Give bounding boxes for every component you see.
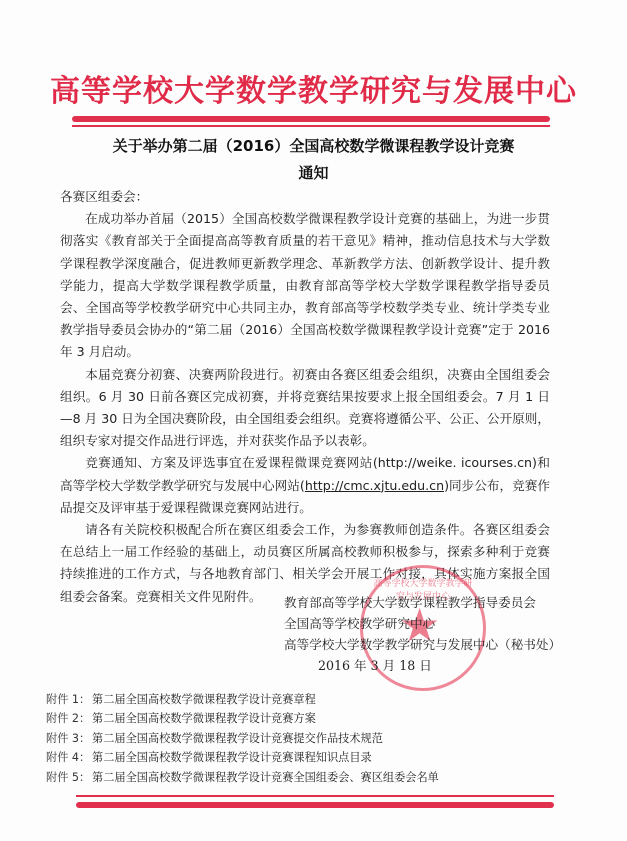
attachment-title: 第二届全国高校数学微课程教学设计竞赛提交作品技术规范	[92, 729, 383, 748]
attachment-title: 第二届全国高校数学微课程教学设计竞赛章程	[92, 690, 316, 709]
notice-subtitle: 通知	[0, 162, 627, 183]
signature-date: 2016 年 3 月 18 日	[284, 655, 561, 676]
signature-org-1: 教育部高等学校大学数学课程教学指导委员会	[284, 592, 561, 613]
salutation: 各赛区组委会：	[60, 186, 550, 208]
signature-org-3: 高等学校大学数学教学研究与发展中心（秘书处）	[284, 634, 561, 655]
notice-body: 各赛区组委会： 在成功举办首届（2015）全国高校数学微课程教学设计竞赛的基础上…	[60, 186, 550, 608]
header-rule-thick	[72, 116, 550, 122]
attachment-item: 附件 3：第二届全国高校数学微课程教学设计竞赛提交作品技术规范	[46, 729, 439, 748]
attachment-label: 附件 5：	[46, 768, 92, 787]
paragraph-2: 本届竞赛分初赛、决赛两阶段进行。初赛由各赛区组委会组织，决赛由全国组委会组织。6…	[60, 364, 550, 453]
signature-org-2: 全国高等学校教学研究中心	[284, 613, 561, 634]
attachment-item: 附件 2：第二届全国高校数学微课程教学设计竞赛方案	[46, 709, 439, 728]
attachment-item: 附件 1：第二届全国高校数学微课程教学设计竞赛章程	[46, 690, 439, 709]
notice-title: 关于举办第二届（2016）全国高校数学微课程教学设计竞赛	[0, 135, 627, 156]
paragraph-1: 在成功举办首届（2015）全国高校数学微课程教学设计竞赛的基础上，为进一步贯彻落…	[60, 208, 550, 363]
attachment-label: 附件 3：	[46, 729, 92, 748]
attachment-label: 附件 1：	[46, 690, 92, 709]
attachment-label: 附件 2：	[46, 709, 92, 728]
attachment-item: 附件 4：第二届全国高校数学微课程教学设计竞赛课程知识点目录	[46, 748, 439, 767]
signature-block: 教育部高等学校大学数学课程教学指导委员会 全国高等学校教学研究中心 高等学校大学…	[284, 592, 561, 676]
paragraph-3: 竞赛通知、方案及评选事宜在爱课程微课竞赛网站(http://weike. ico…	[60, 452, 550, 519]
letterhead-title: 高等学校大学数学教学研究与发展中心	[0, 66, 627, 110]
attachment-item: 附件 5：第二届全国高校数学微课程教学设计竞赛全国组委会、赛区组委会名单	[46, 768, 439, 787]
attachment-title: 第二届全国高校数学微课程教学设计竞赛课程知识点目录	[92, 748, 372, 767]
attachment-title: 第二届全国高校数学微课程教学设计竞赛方案	[92, 709, 316, 728]
cmc-website-link[interactable]: http://cmc.xjtu.edu.cn	[305, 478, 444, 493]
attachment-label: 附件 4：	[46, 748, 92, 767]
header-rule-thin	[72, 125, 550, 127]
attachments-list: 附件 1：第二届全国高校数学微课程教学设计竞赛章程 附件 2：第二届全国高校数学…	[46, 690, 439, 787]
footer-rule-thick	[76, 802, 554, 808]
attachment-title: 第二届全国高校数学微课程教学设计竞赛全国组委会、赛区组委会名单	[92, 768, 439, 787]
footer-rule-thin	[76, 795, 554, 797]
